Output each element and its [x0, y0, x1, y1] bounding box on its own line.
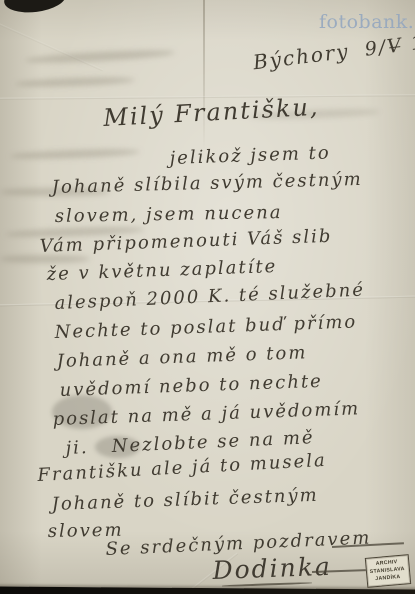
signature: Dodinka [212, 554, 332, 583]
place-name: Býchory [252, 39, 351, 75]
letter-photograph: fotobank.cz Býchory 9/V̶ 1941 Milý Frant… [0, 0, 415, 594]
date-text: 9/V̶ 1941 [364, 26, 415, 60]
archive-stamp-text: ARCHIV STANISLAVA JANDÍKA [366, 555, 409, 583]
fold-crease-vertical [203, 0, 205, 150]
archive-stamp: ARCHIV STANISLAVA JANDÍKA [365, 554, 411, 588]
letter-line: slovem, jsem nucena [55, 204, 283, 226]
